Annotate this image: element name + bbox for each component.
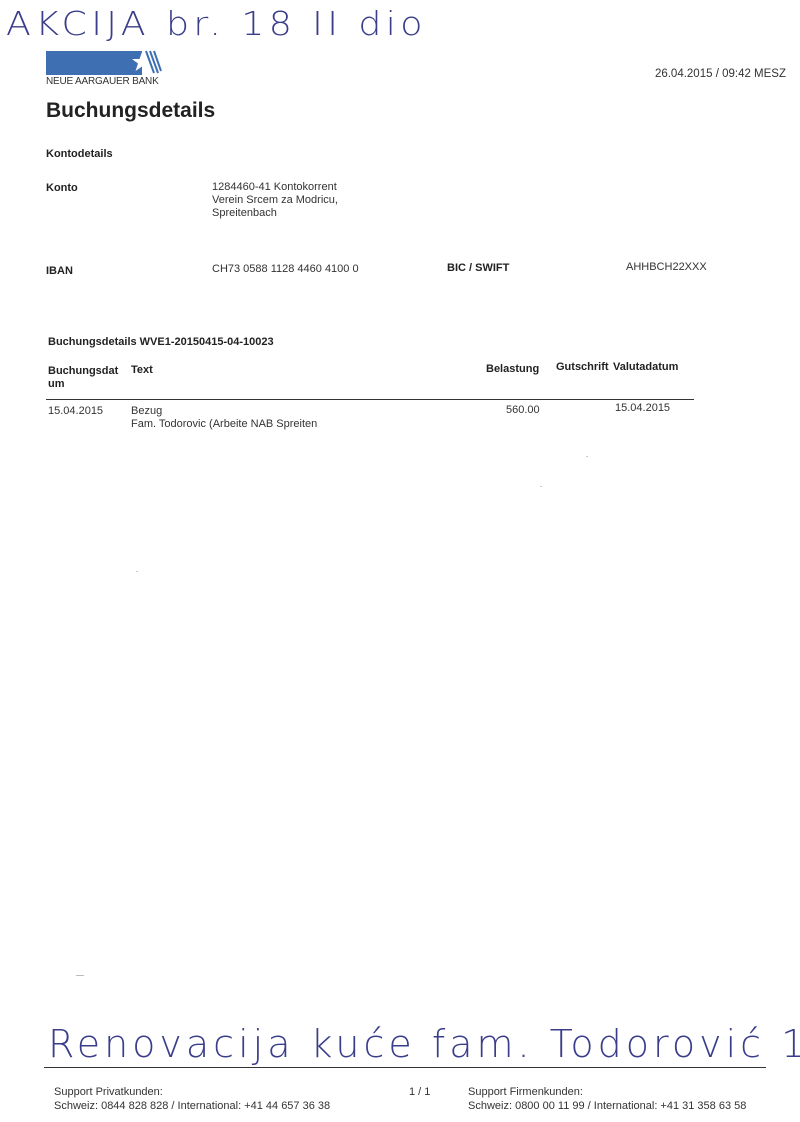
private-support-label: Support Privatkunden: [54,1085,330,1099]
konto-value: 1284460-41 Kontokorrent Verein Srcem za … [212,181,338,220]
footer-business-support: Support Firmenkunden: Schweiz: 0800 00 1… [468,1085,746,1113]
private-support-phones: Schweiz: 0844 828 828 / International: +… [54,1099,330,1113]
konto-number: 1284460-41 Kontokorrent [212,181,338,194]
row-text: Bezug Fam. Todorovic (Arbeite NAB Spreit… [131,405,317,431]
business-support-label: Support Firmenkunden: [468,1085,746,1099]
footer-private-support: Support Privatkunden: Schweiz: 0844 828 … [54,1085,330,1113]
bic-label: BIC / SWIFT [447,262,509,274]
col-header-debit: Belastung [486,363,539,375]
booking-section-title: Buchungsdetails WVE1-20150415-04-10023 [48,336,274,348]
handwritten-underline [44,1067,766,1068]
konto-holder: Verein Srcem za Modricu, [212,194,338,207]
col-header-credit: Gutschrift [556,361,609,373]
kontodetails-heading: Kontodetails [46,148,113,160]
logo-bar [46,51,142,75]
konto-city: Spreitenbach [212,207,338,220]
row-value-date: 15.04.2015 [615,402,670,415]
handwritten-note-top: AKCIJA br. 18 II dio [6,4,427,43]
bank-logo: NEUE AARGAUER BANK [46,51,164,88]
business-support-phones: Schweiz: 0800 00 11 99 / International: … [468,1099,746,1113]
konto-label: Konto [46,182,78,194]
bic-value: AHHBCH22XXX [626,261,707,274]
row-booking-date: 15.04.2015 [48,405,103,418]
page-number: 1 / 1 [409,1085,430,1099]
col-header-text: Text [131,364,153,376]
iban-label: IBAN [46,265,73,277]
iban-value: CH73 0588 1128 4460 4100 0 [212,263,359,276]
col-header-booking-date: Buchungsdat um [48,365,118,391]
table-divider [46,399,694,400]
print-datetime: 26.04.2015 / 09:42 MESZ [655,68,786,80]
page-title: Buchungsdetails [46,99,215,123]
star-icon [132,49,162,75]
col-header-value-date: Valutadatum [613,361,678,373]
bank-name: NEUE AARGAUER BANK [46,76,159,87]
handwritten-note-bottom: Renovacija kuće fam. Todorović 1050 KM [48,1022,800,1066]
row-debit: 560.00 [506,404,540,417]
